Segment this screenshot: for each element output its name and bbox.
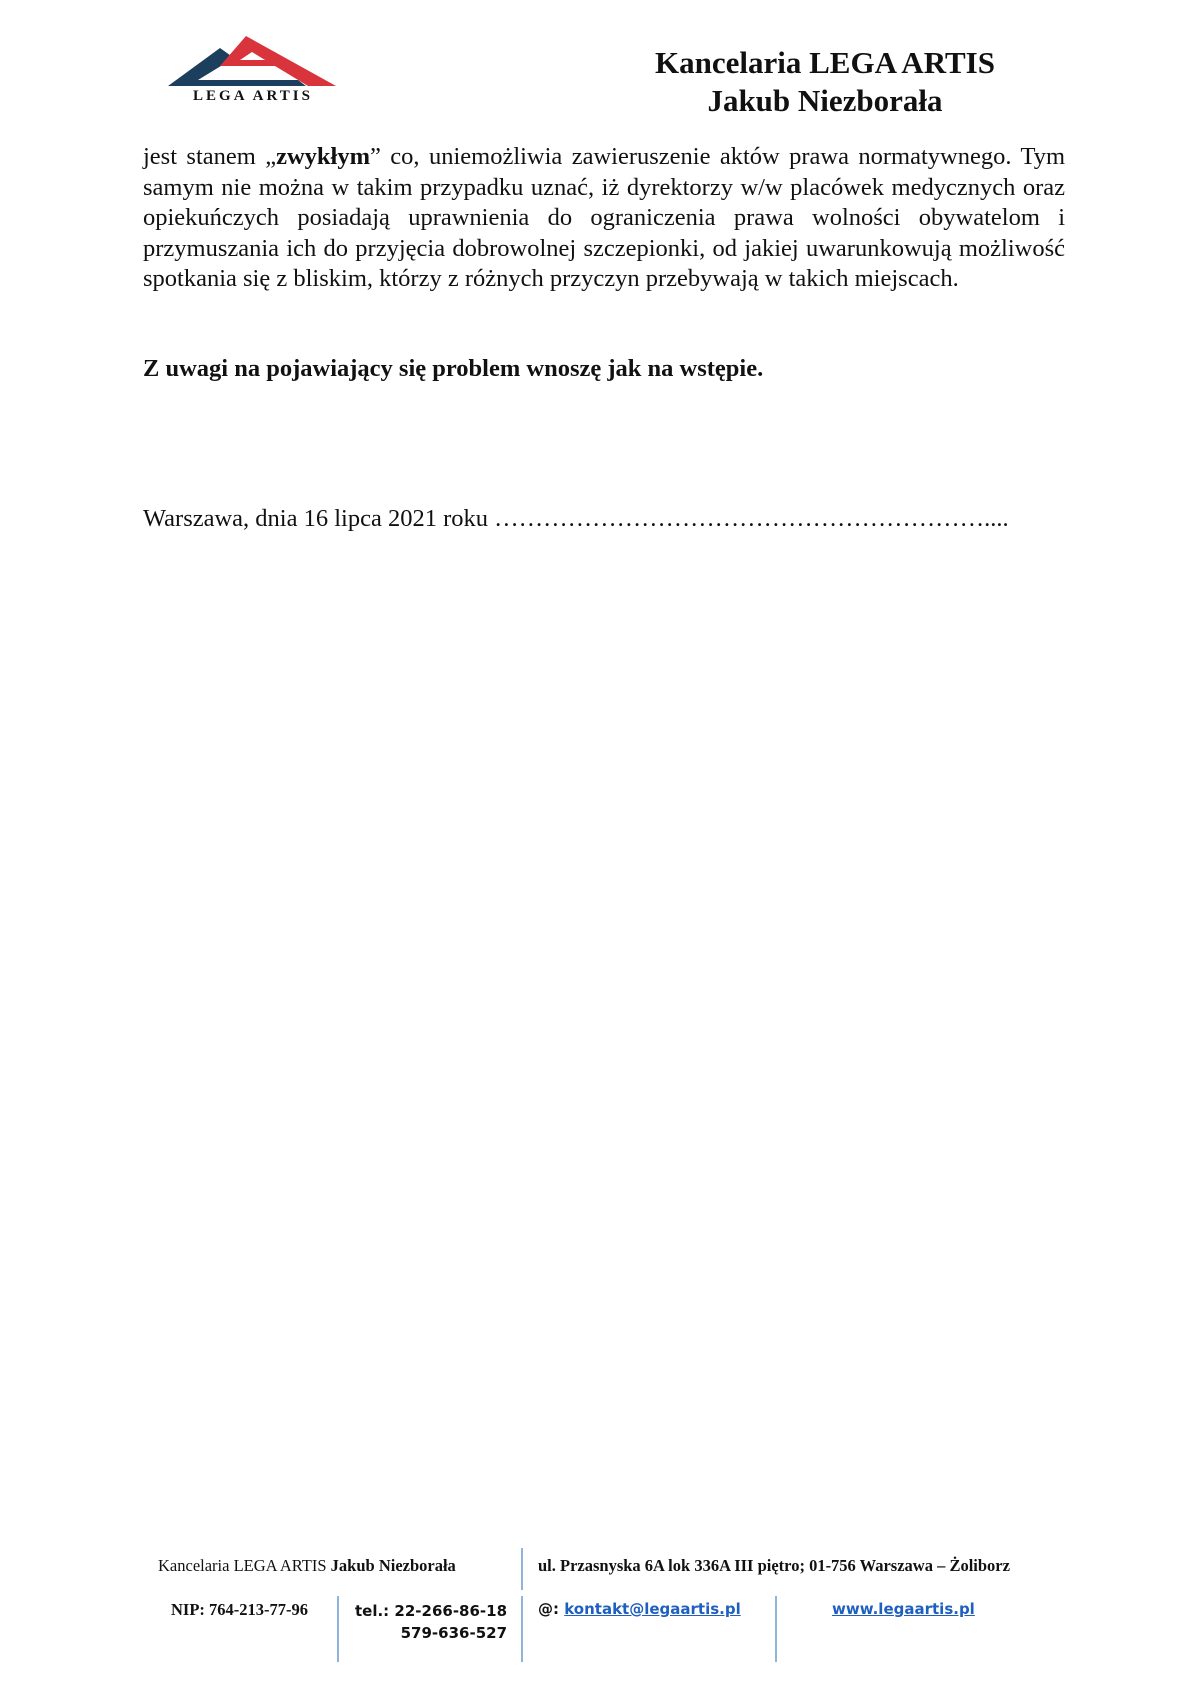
footer-divider <box>775 1596 777 1662</box>
website-link[interactable]: www.legaartis.pl <box>832 1600 975 1618</box>
footer-firm-regular: Kancelaria LEGA ARTIS <box>158 1556 331 1575</box>
footer-phone: tel.: 22-266-86-18 579-636-527 <box>355 1600 507 1644</box>
para-emphasis: zwykłym <box>276 143 370 170</box>
date-signature-line: Warszawa, dnia 16 lipca 2021 roku ………………… <box>143 505 1065 533</box>
footer-address: ul. Przasnyska 6A lok 336A III piętro; 0… <box>538 1556 1010 1576</box>
footer-firm: Kancelaria LEGA ARTIS Jakub Niezborała <box>158 1556 456 1576</box>
footer-nip: NIP: 764-213-77-96 <box>171 1600 308 1620</box>
footer-phone-2: 579-636-527 <box>355 1622 507 1644</box>
footer-email: @: kontakt@legaartis.pl <box>538 1600 741 1618</box>
document-header-title: Kancelaria LEGA ARTIS Jakub Niezborała <box>600 44 1050 120</box>
logo-triangle-icon <box>148 28 354 90</box>
footer-website: www.legaartis.pl <box>832 1600 975 1618</box>
footer-divider <box>337 1596 339 1662</box>
email-link[interactable]: kontakt@legaartis.pl <box>564 1600 741 1618</box>
closing-statement: Z uwagi na pojawiający się problem wnosz… <box>143 355 763 383</box>
para-text-pre: jest stanem „ <box>143 143 276 170</box>
page-footer: Kancelaria LEGA ARTIS Jakub Niezborała u… <box>0 1548 1200 1668</box>
footer-firm-bold: Jakub Niezborała <box>331 1556 456 1575</box>
header-firm-name: Kancelaria LEGA ARTIS <box>600 44 1050 82</box>
email-at-icon: @: <box>538 1600 564 1618</box>
logo-wordmark: LEGA ARTIS <box>158 88 348 105</box>
footer-divider <box>521 1548 523 1590</box>
body-paragraph: jest stanem „zwykłym” co, uniemożliwia z… <box>143 142 1065 295</box>
footer-phone-1: tel.: 22-266-86-18 <box>355 1600 507 1622</box>
header-person-name: Jakub Niezborała <box>600 82 1050 120</box>
footer-divider <box>521 1596 523 1662</box>
company-logo: LEGA ARTIS <box>148 28 354 112</box>
